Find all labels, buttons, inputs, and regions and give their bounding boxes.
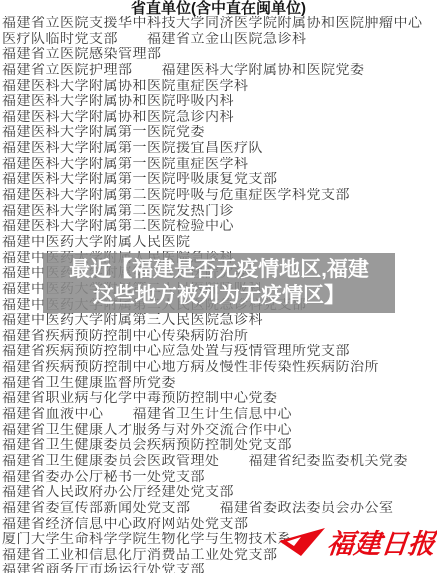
org-list-line: 福建省职业病与化学中毒预防控制中心党委 xyxy=(2,391,437,407)
fujian-daily-logo: 福建日报 xyxy=(279,528,435,560)
org-list-line: 福建医科大学附属协和医院急诊内科 xyxy=(2,110,437,126)
caption-line-1: 最近【福建是否无疫情地区,福建 xyxy=(69,257,369,283)
org-list-line: 福建医科大学附属第一医院党委 xyxy=(2,125,437,141)
org-list-line: 福建省卫生健康委员会医政管理处 福建省纪委监委机关党委 xyxy=(2,454,437,470)
org-list-line: 福建医科大学附属第一医院重症医学科 xyxy=(2,157,437,173)
org-list-line: 福建中医药大学附属第三人民医院急诊科 xyxy=(2,313,437,329)
org-list-line: 福建医科大学附属第二医院呼吸与危重症医学科党支部 xyxy=(2,188,437,204)
org-list-line: 福建省卫生健康人才服务与对外交流合作中心 xyxy=(2,423,437,439)
org-list-line: 福建省卫生健康监督所党委 xyxy=(2,376,437,392)
caption-line-2: 这些地方被列为无疫情区】 xyxy=(93,283,345,309)
org-list-line: 福建省疾病预防控制中心地方病及慢性非传染性疾病防治所 xyxy=(2,360,437,376)
page-title: 省直单位(含中直在闽单位) xyxy=(0,0,437,16)
org-list-line: 福建省委宣传部新闻处党支部 福建省委政法委员会办公室 xyxy=(2,501,437,517)
fujian-daily-logo-text: 福建日报 xyxy=(325,529,436,559)
org-list-line: 福建省疾病预防控制中心传染病防治所 xyxy=(2,329,437,345)
org-list-line: 福建医科大学附属第一医院呼吸康复党支部 xyxy=(2,172,437,188)
org-list-line-clipped: 福建省商务厅市场运行处党支部 xyxy=(2,563,437,573)
org-list-line: 福建中医药大学附属人民医院 xyxy=(2,235,437,251)
org-list-line: 福建医科大学附属第二医院发热门诊 xyxy=(2,204,437,220)
org-list-line: 福建省委办公厅秘书一处党支部 xyxy=(2,470,437,486)
caption-overlay: 最近【福建是否无疫情地区,福建 这些地方被列为无疫情区】 xyxy=(43,253,395,313)
org-list-line: 福建省疾病预防控制中心应急处置与疫情管理所党支部 xyxy=(2,344,437,360)
article-image: 省直单位(含中直在闽单位) 福建省立医院支援华中科技大学同济医学院附属协和医院肿… xyxy=(0,0,437,573)
org-list-line: 福建省血液中心 福建省卫生计生信息中心 xyxy=(2,407,437,423)
org-list-line: 福建医科大学附属协和医院重症医学科 xyxy=(2,79,437,95)
org-list-line: 福建医科大学附属第一医院援宜昌医疗队 xyxy=(2,141,437,157)
org-list-line: 福建医科大学附属协和医院呼吸内科 xyxy=(2,94,437,110)
org-list-line: 福建省卫生健康委员会疾病预防控制处党支部 xyxy=(2,438,437,454)
org-list-line: 福建医科大学附属第二医院检验中心 xyxy=(2,219,437,235)
flag-swoosh-icon xyxy=(279,528,325,560)
org-list-line: 福建省立医院护理部 福建医科大学附属协和医院党委 xyxy=(2,63,437,79)
org-list-line: 福建省立医院感染管理部 xyxy=(2,47,437,63)
org-list-line: 医疗队临时党支部 福建省立金山医院急诊科 xyxy=(2,32,437,48)
org-list-line: 福建省人民政府办公厅经建处党支部 xyxy=(2,485,437,501)
org-list-line: 福建省立医院支援华中科技大学同济医学院附属协和医院肿瘤中心 xyxy=(2,16,437,32)
